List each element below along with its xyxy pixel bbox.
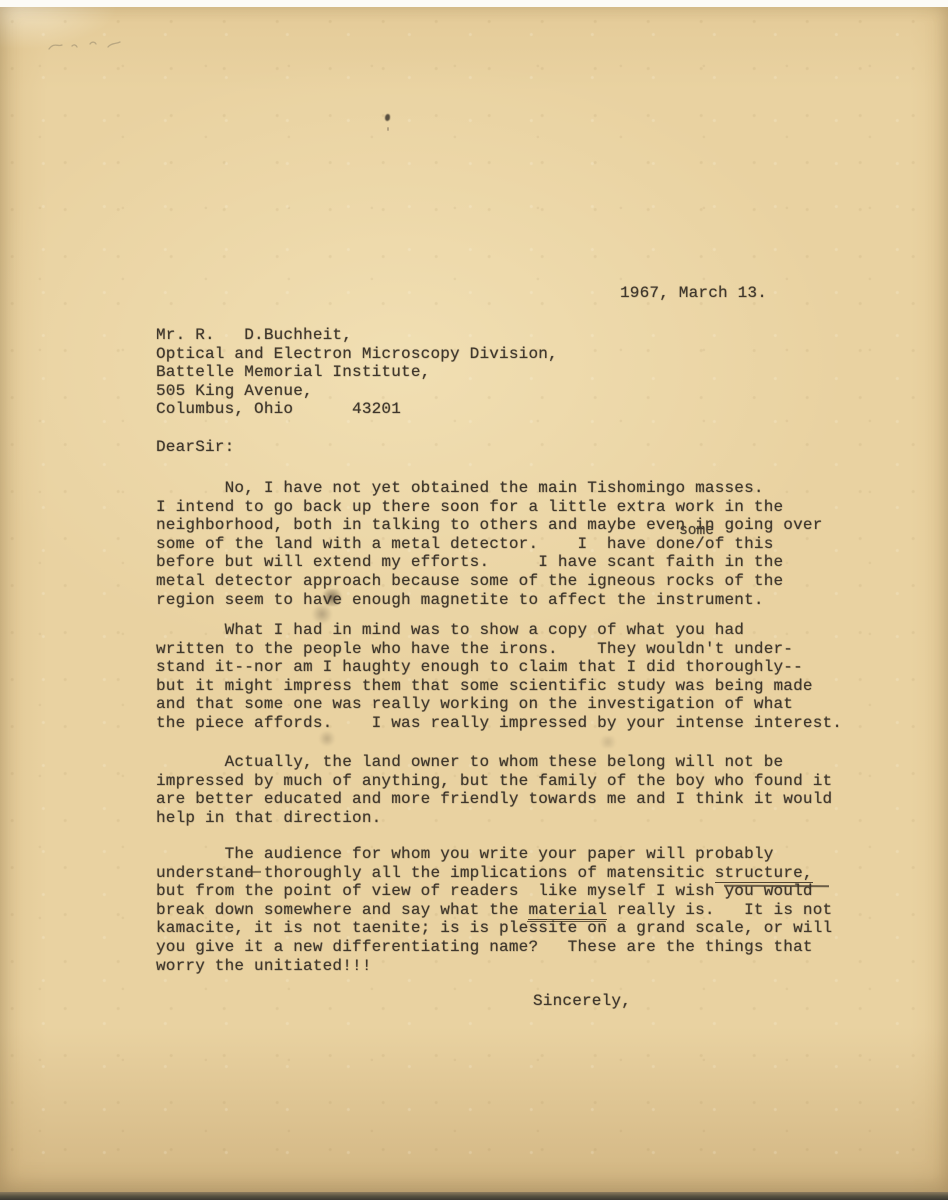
- address-line-division: Optical and Electron Microscopy Division…: [156, 345, 558, 364]
- interlinear-insertion: some: [679, 524, 714, 538]
- body-line: region seem to have enough magnetite to …: [156, 591, 823, 610]
- underlined-word: structure,: [715, 864, 813, 883]
- line-segment: break down somewhere and say what the: [156, 901, 528, 919]
- body-line: metal detector approach because some of …: [156, 572, 823, 591]
- address-line-recipient: Mr. R. D.Buchheit,: [156, 326, 558, 345]
- body-line: impressed by much of anything, but the f…: [156, 772, 832, 791]
- paragraph-1: No, I have not yet obtained the main Tis…: [156, 479, 823, 609]
- salutation: DearSir:: [156, 438, 234, 457]
- body-line: the piece affords. I was really impresse…: [156, 714, 842, 733]
- line-segment: some of the land with a metal detector. …: [156, 535, 695, 553]
- body-line: help in that direction.: [156, 809, 832, 828]
- address-line-street: 505 King Avenue,: [156, 382, 558, 401]
- body-line: No, I have not yet obtained the main Tis…: [156, 479, 823, 498]
- line-segment: of this: [705, 535, 774, 553]
- body-line: you give it a new differentiating name? …: [156, 938, 832, 957]
- body-line: written to the people who have the irons…: [156, 640, 842, 659]
- body-line-with-insertion: some of the land with a metal detector. …: [156, 535, 823, 554]
- paragraph-4: The audience for whom you write your pap…: [156, 845, 832, 975]
- body-line: kamacite, it is not taenite; is is pless…: [156, 919, 832, 938]
- address-line-institute: Battelle Memorial Institute,: [156, 363, 558, 382]
- line-segment: really is. It is not: [607, 901, 832, 919]
- body-line: neighborhood, both in talking to others …: [156, 516, 823, 535]
- paragraph-2: What I had in mind was to show a copy of…: [156, 621, 842, 733]
- address-line-city: Columbus, Ohio 43201: [156, 400, 558, 419]
- body-line: What I had in mind was to show a copy of…: [156, 621, 842, 640]
- body-line-with-underline: understand thoroughly all the implicatio…: [156, 864, 832, 883]
- body-line: stand it--nor am I haughty enough to cla…: [156, 658, 842, 677]
- body-line-with-underline: break down somewhere and say what the ma…: [156, 901, 832, 920]
- body-line: The audience for whom you write your pap…: [156, 845, 832, 864]
- body-line: I intend to go back up there soon for a …: [156, 498, 823, 517]
- double-underlined-word: material: [528, 901, 606, 920]
- insertion-anchor: some/: [695, 535, 705, 554]
- body-line: worry the unitiated!!!: [156, 957, 832, 976]
- signature-closing: Sincerely,: [533, 992, 631, 1011]
- body-line: Actually, the land owner to whom these b…: [156, 753, 832, 772]
- body-line: and that some one was really working on …: [156, 695, 842, 714]
- body-line: but it might impress them that some scie…: [156, 677, 842, 696]
- body-line: before but will extend my efforts. I hav…: [156, 553, 823, 572]
- line-segment: understand thoroughly all the implicatio…: [156, 864, 715, 882]
- recipient-address: Mr. R. D.Buchheit, Optical and Electron …: [156, 326, 558, 419]
- paragraph-3: Actually, the land owner to whom these b…: [156, 753, 832, 827]
- body-line: are better educated and more friendly to…: [156, 790, 832, 809]
- letter-content: 1967, March 13. Mr. R. D.Buchheit, Optic…: [0, 0, 948, 1200]
- letter-date: 1967, March 13.: [620, 284, 767, 303]
- scanned-letter-page: 1967, March 13. Mr. R. D.Buchheit, Optic…: [0, 0, 948, 1200]
